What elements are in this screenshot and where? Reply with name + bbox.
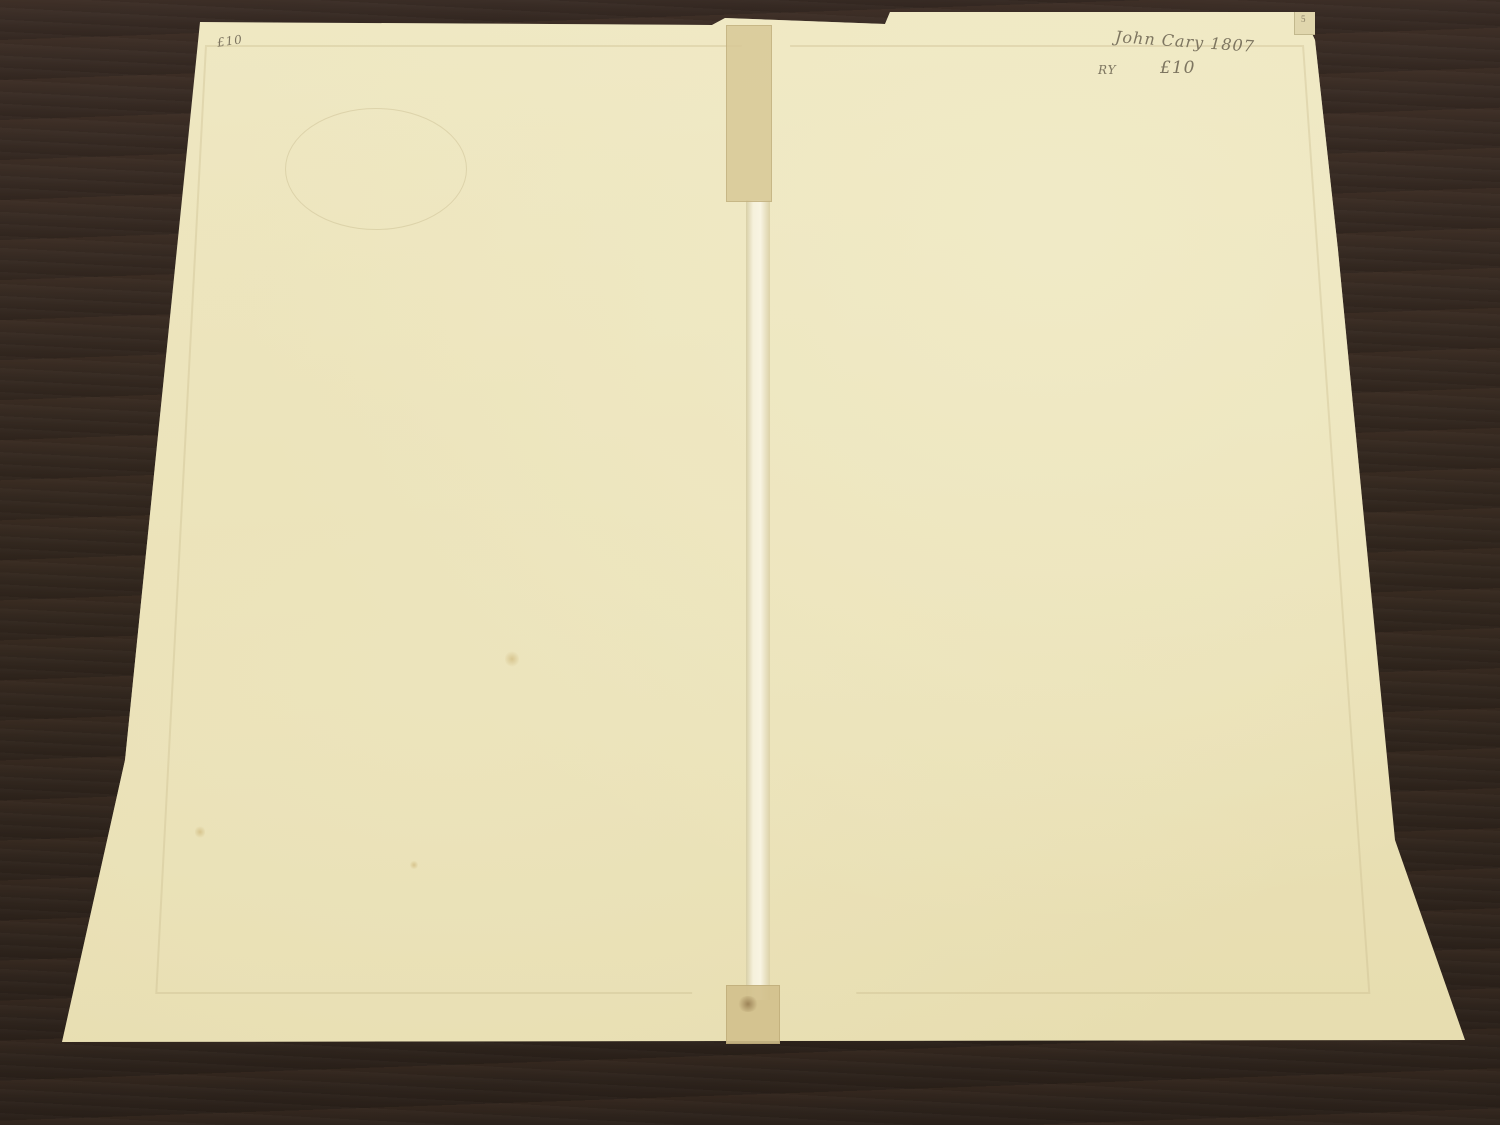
plate-mark-right [790,45,1370,994]
tape-stain [737,996,759,1012]
oval-impression [285,108,467,230]
tape-strip-top [726,25,772,202]
foxing-spot [505,650,519,668]
stock-code-note: RY [1098,63,1117,77]
tape-strip-bottom [726,985,780,1044]
foxing-spot [410,860,418,870]
corner-tab-label: 5 [1301,14,1306,24]
center-gutter-strip [746,200,770,1000]
foxing-spot [195,825,205,839]
corner-tab: 5 [1294,12,1315,35]
price-note: £10 [1160,58,1195,78]
